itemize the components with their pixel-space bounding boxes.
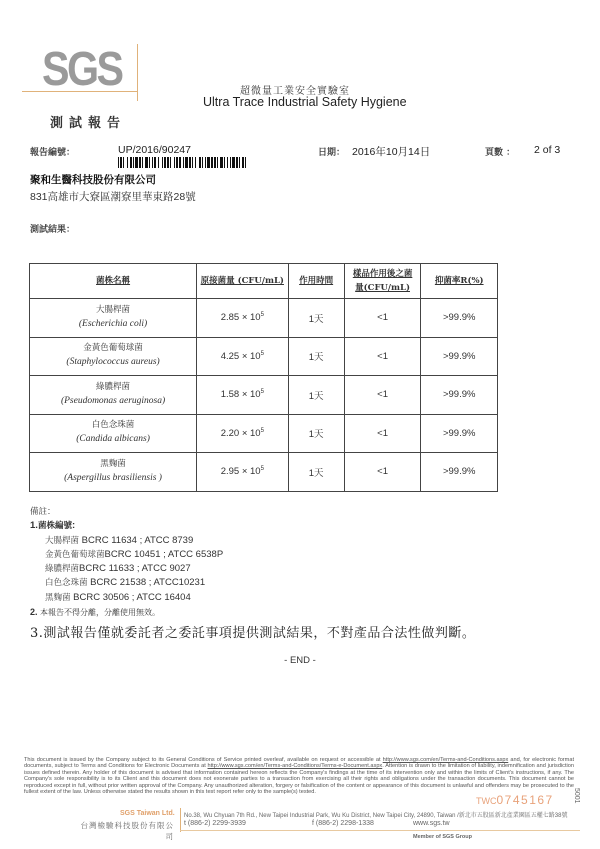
after-count-cell: <1: [344, 299, 421, 338]
client-address: 831高雄市大寮區潮寮里華東路28號: [30, 189, 196, 204]
after-count-cell: <1: [344, 376, 421, 415]
initial-count-cell: 1.58 × 105: [197, 376, 288, 415]
results-table: 菌株名稱 原接菌量 (CFU/mL) 作用時間 樣品作用後之菌量(CFU/mL)…: [29, 263, 498, 492]
note-3: 3.測試報告僅就委託者之委託事項提供測試結果，不對產品合法性做判斷。: [30, 622, 475, 641]
col-after-count: 樣品作用後之菌量(CFU/mL): [344, 264, 421, 299]
footer-divider-horizontal: [180, 830, 580, 831]
initial-count-cell: 2.85 × 105: [197, 299, 288, 338]
results-label: 測試結果：: [30, 222, 75, 235]
report-no-label: 報告編號：: [30, 145, 75, 158]
footer-website[interactable]: www.sgs.tw: [413, 820, 450, 827]
end-marker: - END -: [0, 655, 600, 666]
strain-cell: 金黃色葡萄球菌(Staphylococcus aureus): [30, 337, 197, 376]
table-row: 大腸桿菌(Escherichia coli)2.85 × 1051天<1>99.…: [30, 299, 498, 338]
col-contact-time: 作用時間: [288, 264, 344, 299]
strain-code-list: 大腸桿菌 BCRC 11634 ; ATCC 8739金黃色葡萄球菌BCRC 1…: [30, 534, 223, 605]
initial-count-cell: 2.95 × 105: [197, 453, 288, 492]
strain-name-cn: 黑麴菌: [30, 458, 196, 471]
strain-cell: 黑麴菌(Aspergillus brasiliensis ): [30, 453, 197, 492]
footer-divider-vertical: [180, 808, 181, 832]
note-1: 1.菌株編號:: [30, 519, 223, 533]
initial-count-cell: 2.20 × 105: [197, 414, 288, 453]
report-barcode: [118, 157, 331, 168]
strain-cell: 白色念珠菌(Candida albicans): [30, 414, 197, 453]
col-reduction-rate: 抑菌率R(%): [421, 264, 498, 299]
lab-name-en: Ultra Trace Industrial Safety Hygiene: [203, 95, 407, 109]
footer-member: Member of SGS Group: [413, 834, 472, 840]
col-strain: 菌株名稱: [30, 264, 197, 299]
footer-address: No.38, Wu Chyuan 7th Rd., New Taipei Ind…: [184, 810, 567, 819]
report-date: 2016年10月14日: [352, 144, 430, 159]
client-company: 聚和生醫科技股份有限公司: [30, 172, 156, 187]
report-title: 測試報告: [50, 112, 126, 131]
strain-cell: 綠膿桿菌(Pseudomonas aeruginosa): [30, 376, 197, 415]
strain-name-cn: 白色念珠菌: [30, 419, 196, 432]
page-number: 2 of 3: [534, 144, 560, 156]
contact-time-cell: 1天: [288, 376, 344, 415]
page-label: 頁數 ：: [485, 145, 515, 158]
reduction-rate-cell: >99.9%: [421, 376, 498, 415]
reduction-rate-cell: >99.9%: [421, 299, 498, 338]
notes-heading: 備註：: [30, 505, 223, 519]
contact-time-cell: 1天: [288, 299, 344, 338]
strain-name-en: (Pseudomonas aeruginosa): [30, 394, 196, 409]
strain-name-cn: 金黃色葡萄球菌: [30, 342, 196, 355]
table-row: 白色念珠菌(Candida albicans)2.20 × 1051天<1>99…: [30, 414, 498, 453]
strain-name-cn: 綠膿桿菌: [30, 381, 196, 394]
table-row: 綠膿桿菌(Pseudomonas aeruginosa)1.58 × 1051天…: [30, 376, 498, 415]
list-item: 白色念珠菌 BCRC 21538 ; ATCC10231: [30, 576, 223, 590]
footer-phone: t (886-2) 2299-3939: [184, 820, 246, 827]
logo-vertical-rule: [137, 44, 138, 101]
after-count-cell: <1: [344, 414, 421, 453]
footer-company-en: SGS Taiwan Ltd.: [120, 810, 175, 817]
reduction-rate-cell: >99.9%: [421, 337, 498, 376]
table-row: 金黃色葡萄球菌(Staphylococcus aureus)4.25 × 105…: [30, 337, 498, 376]
strain-name-en: (Aspergillus brasiliensis ): [30, 471, 196, 486]
footer-company-cn: 台灣檢驗科技股份有限公司: [76, 820, 174, 842]
list-item: 綠膿桿菌BCRC 11633 ; ATCC 9027: [30, 562, 223, 576]
contact-time-cell: 1天: [288, 414, 344, 453]
list-item: 金黃色葡萄球菌BCRC 10451 ; ATCC 6538P: [30, 548, 223, 562]
notes-section: 備註： 1.菌株編號: 大腸桿菌 BCRC 11634 ; ATCC 8739金…: [30, 505, 223, 620]
sgs-logo: SGS: [22, 44, 137, 96]
footer-fax: f (886-2) 2298-1338: [312, 820, 374, 827]
table-header-row: 菌株名稱 原接菌量 (CFU/mL) 作用時間 樣品作用後之菌量(CFU/mL)…: [30, 264, 498, 299]
list-item: 黑麴菌 BCRC 30506 ; ATCC 16404: [30, 591, 223, 605]
logo-horizontal-rule: [22, 91, 137, 92]
after-count-cell: <1: [344, 337, 421, 376]
strain-name-en: (Staphylococcus aureus): [30, 355, 196, 370]
document-serial: TWC0745167: [476, 793, 554, 807]
strain-name-en: (Escherichia coli): [30, 317, 196, 332]
note-2: 2. 本報告不得分離，分離使用無效。: [30, 605, 223, 620]
table-row: 黑麴菌(Aspergillus brasiliensis )2.95 × 105…: [30, 453, 498, 492]
reduction-rate-cell: >99.9%: [421, 453, 498, 492]
terms-link[interactable]: http://www.sgs.com/en/Terms-and-Conditio…: [383, 757, 509, 763]
contact-time-cell: 1天: [288, 337, 344, 376]
logo-text: SGS: [42, 44, 121, 96]
initial-count-cell: 4.25 × 105: [197, 337, 288, 376]
report-no: UP/2016/90247: [118, 144, 191, 156]
contact-time-cell: 1天: [288, 453, 344, 492]
e-document-terms-link[interactable]: http://www.sgs.com/en/Terms-and-Conditio…: [208, 763, 383, 769]
col-initial-count: 原接菌量 (CFU/mL): [197, 264, 288, 299]
side-code: 5001: [573, 788, 580, 804]
list-item: 大腸桿菌 BCRC 11634 ; ATCC 8739: [30, 534, 223, 548]
legal-disclaimer: This document is issued by the Company s…: [24, 757, 574, 795]
after-count-cell: <1: [344, 453, 421, 492]
reduction-rate-cell: >99.9%: [421, 414, 498, 453]
strain-name-en: (Candida albicans): [30, 432, 196, 447]
strain-name-cn: 大腸桿菌: [30, 304, 196, 317]
strain-cell: 大腸桿菌(Escherichia coli): [30, 299, 197, 338]
